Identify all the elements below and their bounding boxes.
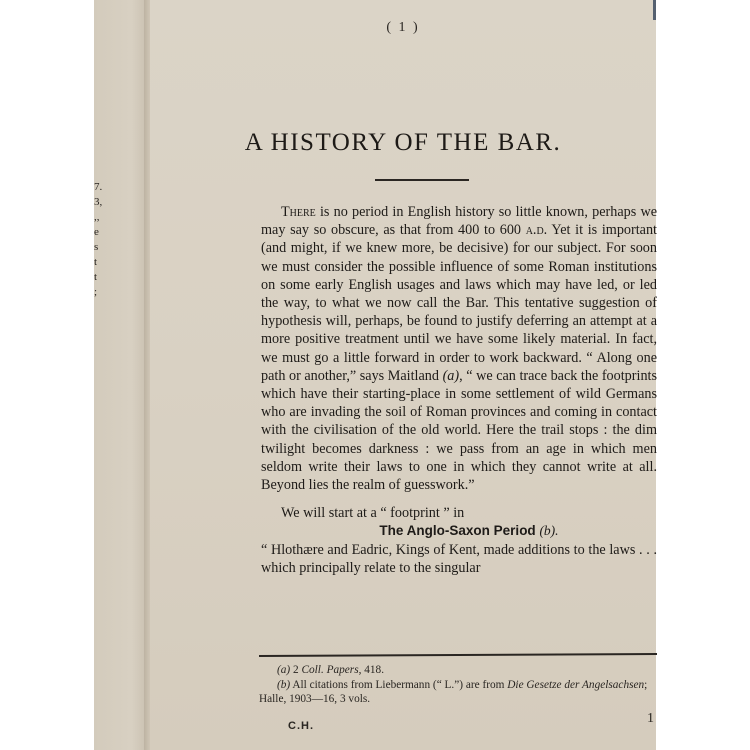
quote-block: “ Hlothære and Eadric, Kings of Kent, ma… [261,541,657,577]
open-book: 7. 3, ,, e s t t ; ( 1 ) A HISTORY OF TH… [94,0,656,750]
edge-char: t [94,270,106,285]
footnote-text: All citations from Liebermann (“ L.”) ar… [290,679,507,691]
title-divider [375,179,469,181]
footnote-b: (b) All citations from Liebermann (“ L.”… [259,678,659,707]
footnote-italic: Coll. Papers [301,664,358,676]
page-title: A HISTORY OF THE BAR. [150,129,656,157]
sheet-number: 1 [647,711,654,727]
edge-char: ; [94,285,106,300]
edge-char: 3, [94,195,106,210]
footnote-label: (b) [277,679,290,691]
footnote-text: 2 [290,664,301,676]
edge-char: 7. [94,180,106,195]
era-abbrev: a.d. [526,222,548,238]
opening-word: There [281,204,316,220]
paragraph-2: We will start at a “ footprint ” in [261,504,657,522]
footnote-a: (a) 2 Coll. Papers, 418. [259,663,659,678]
right-page: ( 1 ) A HISTORY OF THE BAR. There is no … [150,0,656,750]
body-text: There is no period in English history so… [261,203,657,577]
quote-text: “ Hlothære and Eadric, Kings of Kent, ma… [261,541,657,577]
edge-char: s [94,240,106,255]
edge-char: ,, [94,210,106,225]
page-edge-shadow [653,0,656,20]
paragraph-text: Yet it is important (and might, if we kn… [261,222,657,384]
footnote-text: , 418. [359,664,384,676]
left-page-edge-text: 7. 3, ,, e s t t ; [94,180,106,300]
footnote-divider [259,653,657,657]
edge-char: e [94,225,106,240]
footnote-ref-a: (a) [443,368,460,384]
paragraph-text: , “ we can trace back the footprints whi… [261,368,657,493]
subheading-text: The Anglo-Saxon Period [379,523,539,538]
section-subheading: The Anglo-Saxon Period (b). [261,522,657,540]
paragraph-1: There is no period in English history so… [261,203,657,494]
footnote-italic: Die Gesetze der Angelsachsen [507,679,644,691]
edge-char: t [94,255,106,270]
footnotes: (a) 2 Coll. Papers, 418. (b) All citatio… [259,663,659,707]
footnote-ref-b: (b). [539,523,558,538]
footnote-label: (a) [277,664,290,676]
header-page-number: ( 1 ) [150,20,656,36]
signature-mark: C.H. [288,720,314,732]
left-page-strip: 7. 3, ,, e s t t ; [94,0,148,750]
